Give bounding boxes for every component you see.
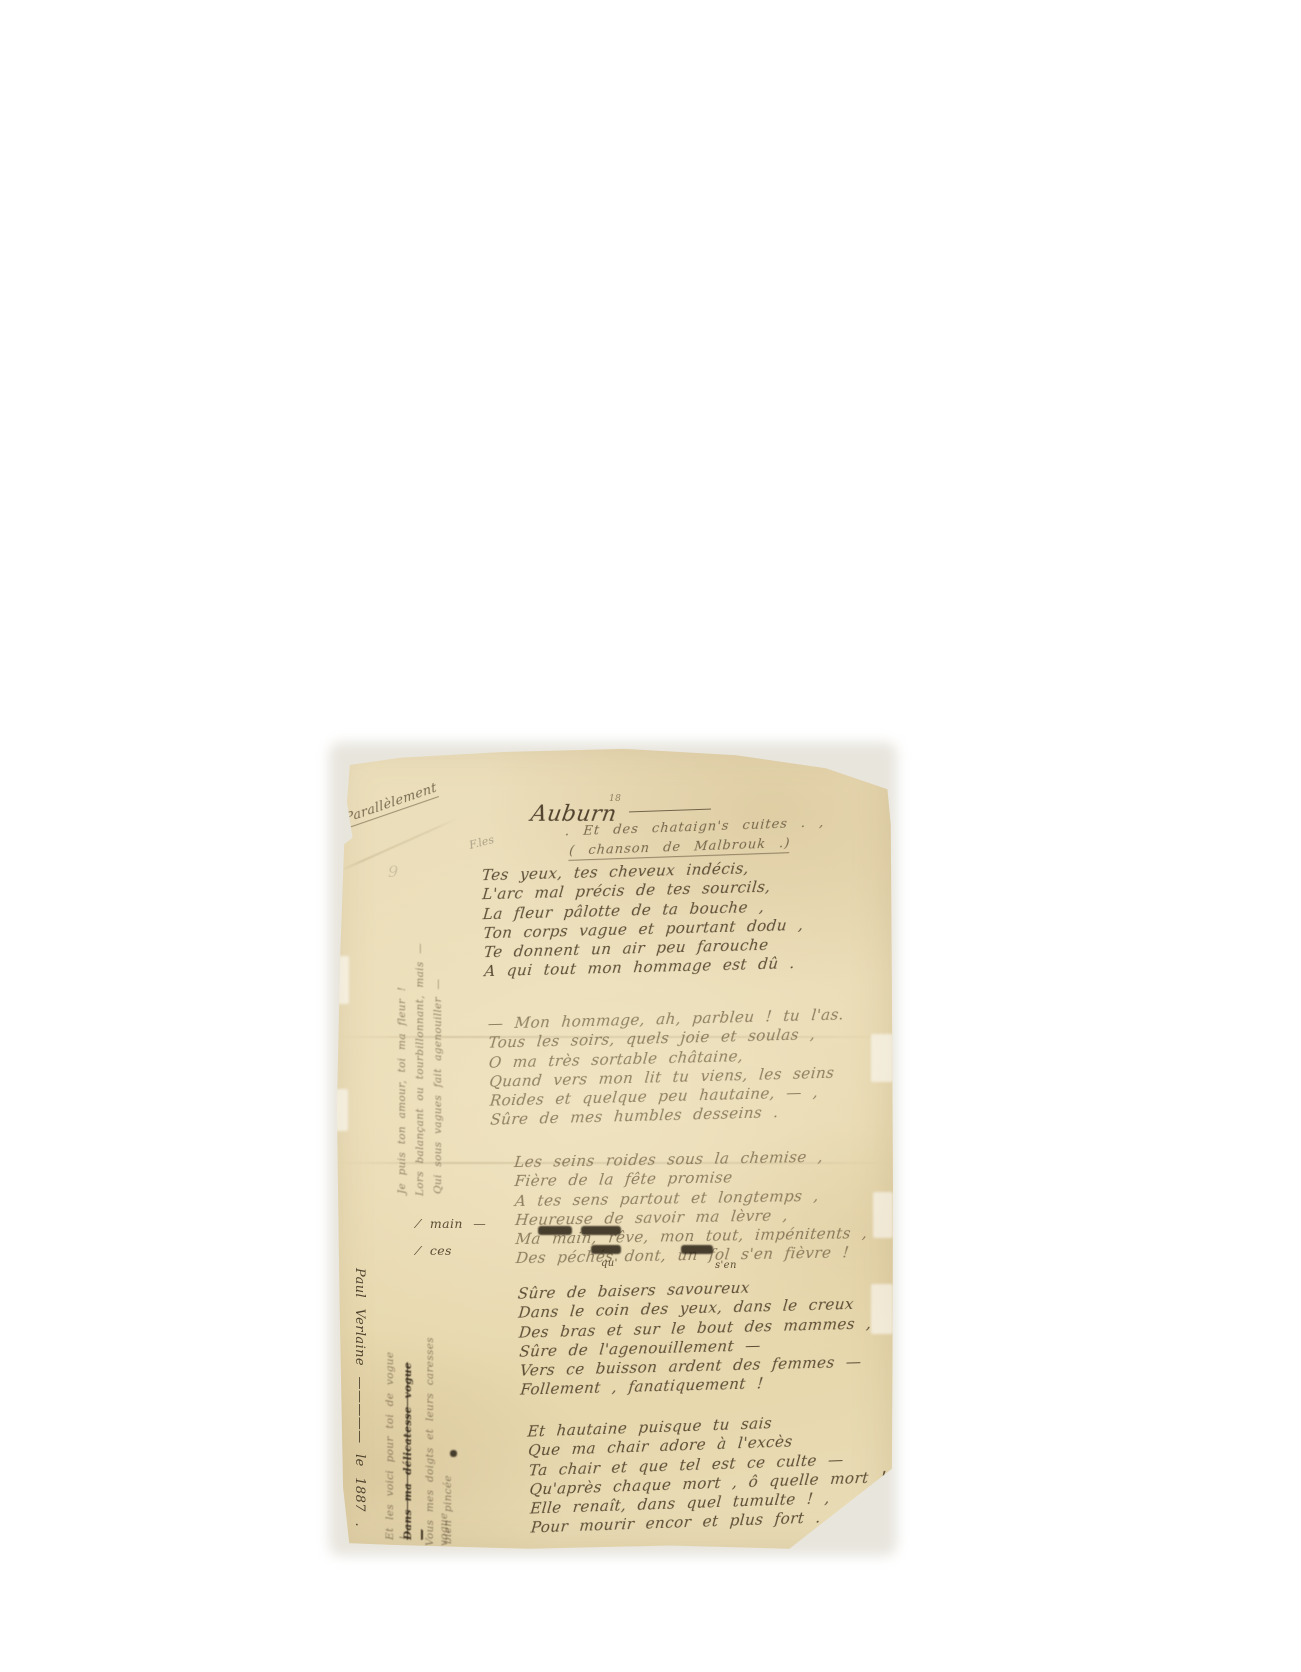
title-flourish xyxy=(629,809,711,813)
margin-note-upper-line: Qui sous vagues fait agenouiller — xyxy=(431,864,445,1194)
epigraph-line-2: ( chanson de Malbrouk .) xyxy=(568,836,791,861)
stanza-4: Sûre de baisers savoureux Dans le coin d… xyxy=(518,1275,874,1400)
margin-note-lower-line-struck: Dans ma délicatesse vogue — xyxy=(401,1355,415,1540)
ink-deletion xyxy=(681,1245,713,1254)
photograph-of-manuscript: Parallèlement 9 Auburn 18 F.les . Et des… xyxy=(0,0,1301,1672)
tape-mark xyxy=(873,1192,893,1238)
margin-note-upper-line: Je puis ton amour, toi ma fleur ! xyxy=(395,874,409,1194)
ink-deletion xyxy=(591,1245,621,1254)
collection-note: Parallèlement xyxy=(344,780,439,828)
tape-mark xyxy=(871,1034,893,1082)
catalog-mark: 18 xyxy=(609,794,621,804)
margin-note-upper-line: Lors balançant ou tourbillonnant, mais — xyxy=(413,866,427,1196)
margin-note-lower-line: Vous mes doigts et leurs caresses vogue xyxy=(423,1316,437,1546)
ink-spot xyxy=(450,1450,457,1457)
margin-correction: ⁄ main — ⁄ ces xyxy=(417,1210,486,1264)
tape-mark xyxy=(871,1284,893,1334)
ink-deletion xyxy=(581,1226,621,1235)
interlinear-insert: qu' xyxy=(601,1258,618,1269)
interlinear-insert: s'en xyxy=(715,1260,737,1271)
margin-note-lower-line: Et les voici pour toi de vogue ! xyxy=(383,1340,397,1540)
author-signature: Paul Verlaine ————— le 1887 . xyxy=(352,1268,367,1510)
manuscript-sheet: Parallèlement 9 Auburn 18 F.les . Et des… xyxy=(333,744,893,1552)
pencil-section-mark: F.les xyxy=(468,833,495,852)
margin-correction-line: ⁄ ces xyxy=(417,1237,486,1264)
margin-correction-line: ⁄ main — xyxy=(417,1210,486,1237)
ink-deletion xyxy=(538,1226,572,1235)
stanza-1: Tes yeux, tes cheveux indécis, L'arc mal… xyxy=(482,858,805,982)
stanza-2: — Mon hommage, ah, parbleu ! tu l'as. To… xyxy=(488,1005,847,1130)
